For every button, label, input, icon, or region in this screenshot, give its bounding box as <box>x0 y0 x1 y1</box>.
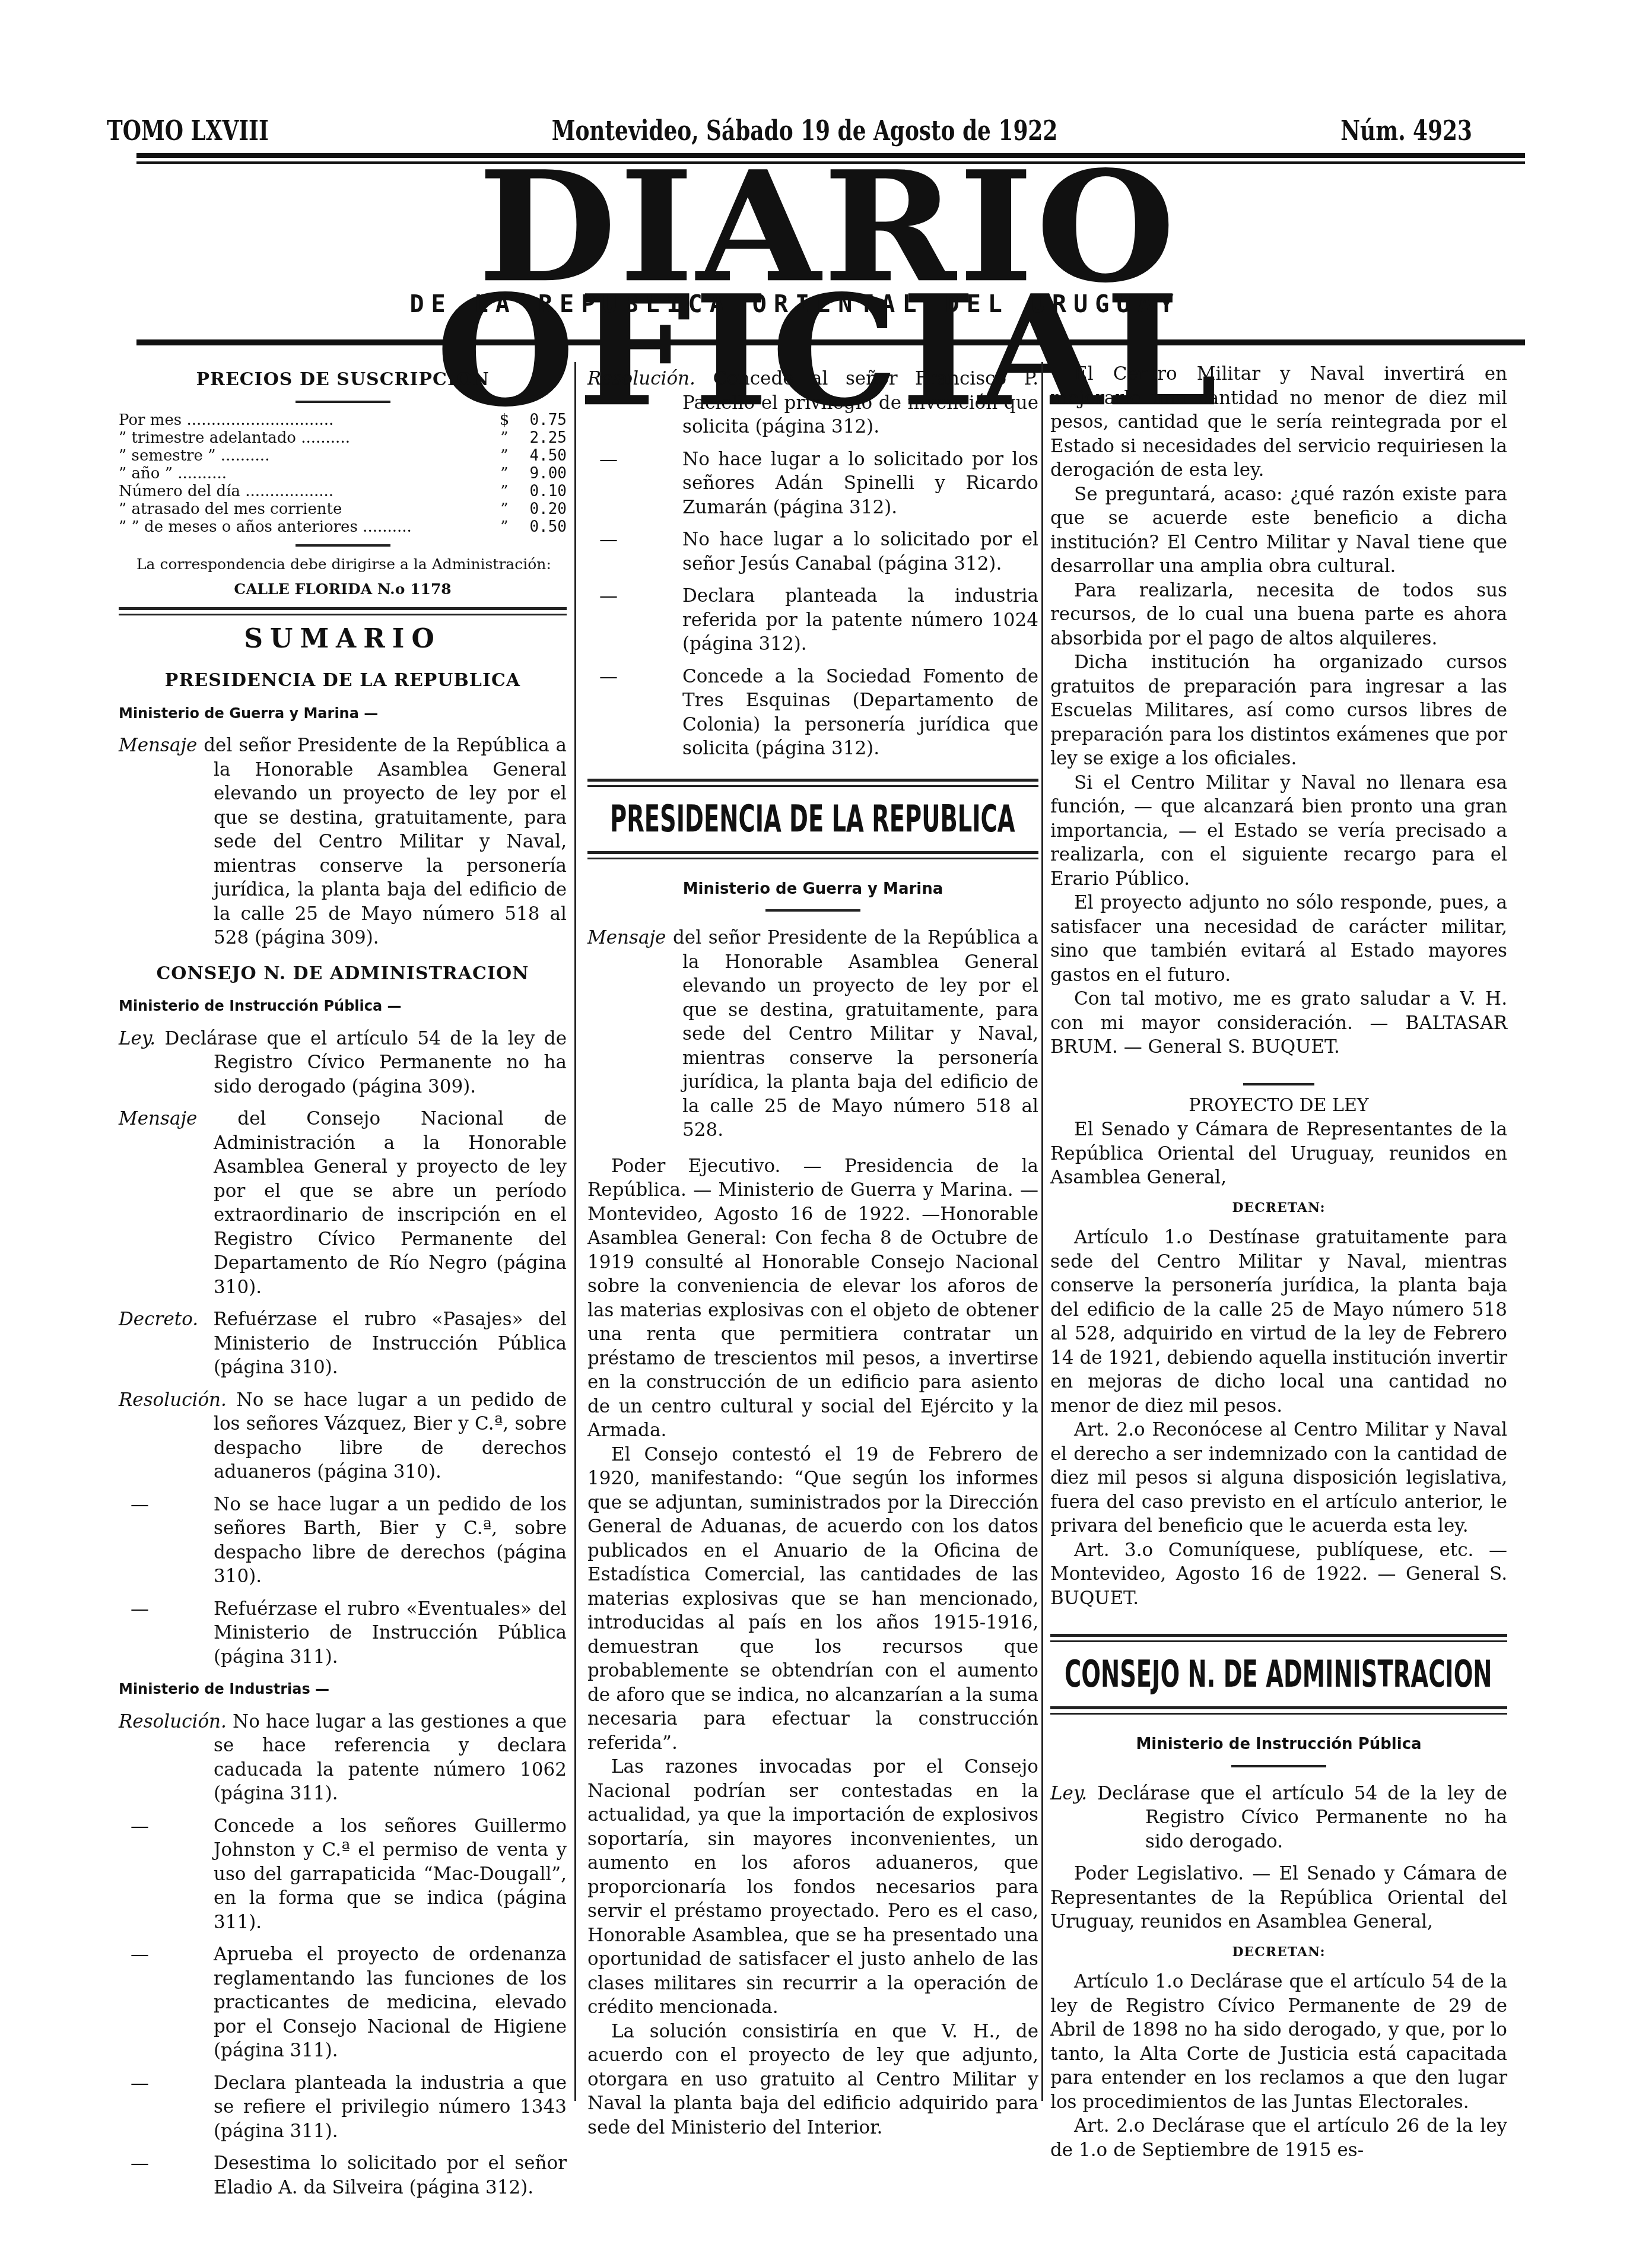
summary-entry: Aprueba el proyecto de ordenanza reglame… <box>119 1942 567 2063</box>
summary-entry: Resolución. No hace lugar a las gestione… <box>119 1710 567 1806</box>
summary-entry: No se hace lugar a un pedido de los seño… <box>119 1493 567 1589</box>
newspaper-subtitle: DE LA REPUBLICA ORIENTAL DEL URUGUAY <box>320 291 1270 318</box>
summary-heading: SUMARIO <box>119 627 567 652</box>
price-row: ” trimestre adelantado ..........”2.25 <box>119 429 567 447</box>
volume-number: TOMO LXVIII <box>107 115 269 147</box>
summary-ministry: Ministerio de Industrias — <box>119 1677 567 1702</box>
price-currency: ” <box>490 465 519 483</box>
summary-entry: Declara planteada la industria a que se … <box>119 2071 567 2144</box>
decretan-label: DECRETAN: <box>1050 1196 1507 1220</box>
paragraph: Con tal motivo, me es grato saludar a V.… <box>1050 987 1507 1059</box>
column-divider-1 <box>574 362 576 2101</box>
bill-preamble: El Senado y Cámara de Representantes de … <box>1050 1118 1507 1190</box>
entry-type: Resolución. <box>587 368 713 389</box>
correspondence-note: La correspondencia debe dirigirse a la A… <box>119 555 567 574</box>
column-middle: Resolución. Concede al señor Francisco P… <box>587 362 1038 2140</box>
price-row: ” atrasado del mes corriente”0.20 <box>119 500 567 518</box>
ministry-heading: Ministerio de Instrucción Pública <box>1050 1732 1507 1757</box>
masthead-bottom-rule <box>136 339 1525 345</box>
summary-ministry: Ministerio de Guerra y Marina — <box>119 701 567 726</box>
section-heading-consejo: CONSEJO N. DE ADMINISTRACION <box>1050 1650 1507 1698</box>
price-row: Número del día ..................”0.10 <box>119 483 567 500</box>
price-row: Por mes ..............................$0… <box>119 411 567 429</box>
divider <box>296 401 390 403</box>
summary-entry: Concede a la Sociedad Fomento de Tres Es… <box>587 665 1038 761</box>
message-body-continued: El Centro Militar y Naval invertirá en m… <box>1050 362 1507 1059</box>
summary-section-title: PRESIDENCIA DE LA REPUBLICA <box>119 669 567 693</box>
price-currency: ” <box>490 500 519 518</box>
price-currency: ” <box>490 518 519 536</box>
subscription-table: Por mes ..............................$0… <box>119 411 567 536</box>
summary-entry: Declara planteada la industria referida … <box>587 584 1038 656</box>
paragraph: El proyecto adjunto no sólo responde, pu… <box>1050 891 1507 987</box>
paragraph: Para realizarla, necesita de todos sus r… <box>1050 579 1507 651</box>
entry-type: Mensaje <box>119 1108 237 1129</box>
divider <box>119 607 567 615</box>
summary-entry: Desestima lo solicitado por el señor Ela… <box>119 2151 567 2199</box>
paragraph: El Centro Militar y Naval invertirá en m… <box>1050 362 1507 483</box>
section-heading-presidencia: PRESIDENCIA DE LA REPUBLICA <box>587 795 1038 843</box>
issue-number: Núm. 4923 <box>1340 115 1472 147</box>
price-value: 0.10 <box>519 483 567 500</box>
law-preamble: Poder Legislativo. — El Senado y Cámara … <box>1050 1862 1507 1934</box>
price-row: ” año ” ..........”9.00 <box>119 465 567 483</box>
price-currency: ” <box>490 483 519 500</box>
divider <box>296 544 390 547</box>
divider <box>765 909 860 912</box>
price-value: 4.50 <box>519 447 567 465</box>
price-currency: ” <box>490 447 519 465</box>
summary-entry: Refuérzase el rubro «Eventuales» del Min… <box>119 1597 567 1669</box>
divider <box>1050 1634 1507 1642</box>
law-articles: Artículo 1.o Declárase que el artículo 5… <box>1050 1970 1507 2162</box>
price-row: ” ” de meses o años anteriores .........… <box>119 518 567 536</box>
paragraph: Artículo 1.o Declárase que el artículo 5… <box>1050 1970 1507 2114</box>
ministry-heading: Ministerio de Guerra y Marina <box>587 877 1038 902</box>
paragraph: Dicha institución ha organizado cursos g… <box>1050 650 1507 771</box>
paragraph: Si el Centro Militar y Naval no llenara … <box>1050 771 1507 891</box>
price-value: 0.75 <box>519 411 567 429</box>
price-label: ” ” de meses o años anteriores .........… <box>119 518 490 536</box>
paragraph: Art. 2.o Reconócese al Centro Militar y … <box>1050 1418 1507 1538</box>
divider <box>1050 1706 1507 1715</box>
price-currency: ” <box>490 429 519 447</box>
divider <box>1231 1765 1326 1767</box>
bill-articles: Artículo 1.o Destínase gratuitamente par… <box>1050 1226 1507 1610</box>
subscription-heading: PRECIOS DE SUSCRIPCION <box>119 368 567 392</box>
column-left: PRECIOS DE SUSCRIPCION Por mes .........… <box>119 362 567 2208</box>
paragraph: La solución consistiría en que V. H., de… <box>587 2020 1038 2140</box>
price-label: Número del día .................. <box>119 483 490 500</box>
price-label: ” año ” .......... <box>119 465 490 483</box>
column-divider-2 <box>1041 362 1043 2101</box>
decretan-label: DECRETAN: <box>1050 1940 1507 1964</box>
price-value: 9.00 <box>519 465 567 483</box>
summary-entry: Resolución. No se hace lugar a un pedido… <box>119 1388 567 1484</box>
divider <box>587 851 1038 859</box>
law-summary: Ley. Declárase que el artículo 54 de la … <box>1050 1782 1507 1854</box>
message-body: Poder Ejecutivo. — Presidencia de la Rep… <box>587 1154 1038 2140</box>
summary-entry: Resolución. Concede al señor Francisco P… <box>587 367 1038 439</box>
entry-type: Resolución. <box>119 1711 233 1732</box>
newspaper-title: DIARIO OFICIAL <box>139 165 1516 289</box>
summary-list: Ley. Declárase que el artículo 54 de la … <box>119 1027 567 1669</box>
entry-type: Decreto. <box>119 1309 214 1330</box>
paragraph: Poder Ejecutivo. — Presidencia de la Rep… <box>587 1154 1038 1443</box>
price-value: 0.20 <box>519 500 567 518</box>
column-right: El Centro Militar y Naval invertirá en m… <box>1050 362 1507 2162</box>
summary-entry: Mensaje del Consejo Nacional de Administ… <box>119 1107 567 1299</box>
paragraph: Las razones invocadas por el Consejo Nac… <box>587 1755 1038 2020</box>
entry-type: Resolución. <box>119 1389 237 1411</box>
price-value: 0.50 <box>519 518 567 536</box>
summary-list-continued: Resolución. Concede al señor Francisco P… <box>587 367 1038 761</box>
price-currency: $ <box>490 411 519 429</box>
paragraph: Se preguntará, acaso: ¿qué razón existe … <box>1050 483 1507 579</box>
summary-ministry: Ministerio de Instrucción Pública — <box>119 994 567 1018</box>
paragraph: El Consejo contestó el 19 de Febrero de … <box>587 1443 1038 1756</box>
message-summary: Mensaje del señor Presidente de la Repúb… <box>587 926 1038 1142</box>
divider <box>587 779 1038 787</box>
divider <box>1243 1083 1314 1085</box>
summary-entry: Decreto. Refuérzase el rubro «Pasajes» d… <box>119 1307 567 1380</box>
summary-entry: Mensaje del señor Presidente de la Repúb… <box>119 734 567 950</box>
price-label: ” atrasado del mes corriente <box>119 500 490 518</box>
summary-list: Resolución. No hace lugar a las gestione… <box>119 1710 567 2200</box>
summary-entry: No hace lugar a lo solicitado por los se… <box>587 447 1038 520</box>
price-value: 2.25 <box>519 429 567 447</box>
paragraph: Art. 2.o Declárase que el artículo 26 de… <box>1050 2114 1507 2162</box>
summary-section-title: CONSEJO N. DE ADMINISTRACION <box>119 962 567 986</box>
entry-type: Ley. <box>119 1028 165 1049</box>
address: CALLE FLORIDA N.o 1178 <box>119 580 567 599</box>
price-label: ” semestre ” .......... <box>119 447 490 465</box>
price-row: ” semestre ” ..........”4.50 <box>119 447 567 465</box>
summary-entry: Concede a los señores Guillermo Johnston… <box>119 1814 567 1935</box>
price-label: Por mes .............................. <box>119 411 490 429</box>
paragraph: Artículo 1.o Destínase gratuitamente par… <box>1050 1226 1507 1418</box>
price-label: ” trimestre adelantado .......... <box>119 429 490 447</box>
bill-heading: PROYECTO DE LEY <box>1050 1094 1507 1118</box>
summary-entry: No hace lugar a lo solicitado por el señ… <box>587 528 1038 576</box>
summary-entry: Ley. Declárase que el artículo 54 de la … <box>119 1027 567 1099</box>
paragraph: Art. 3.o Comuníquese, publíquese, etc. —… <box>1050 1538 1507 1611</box>
